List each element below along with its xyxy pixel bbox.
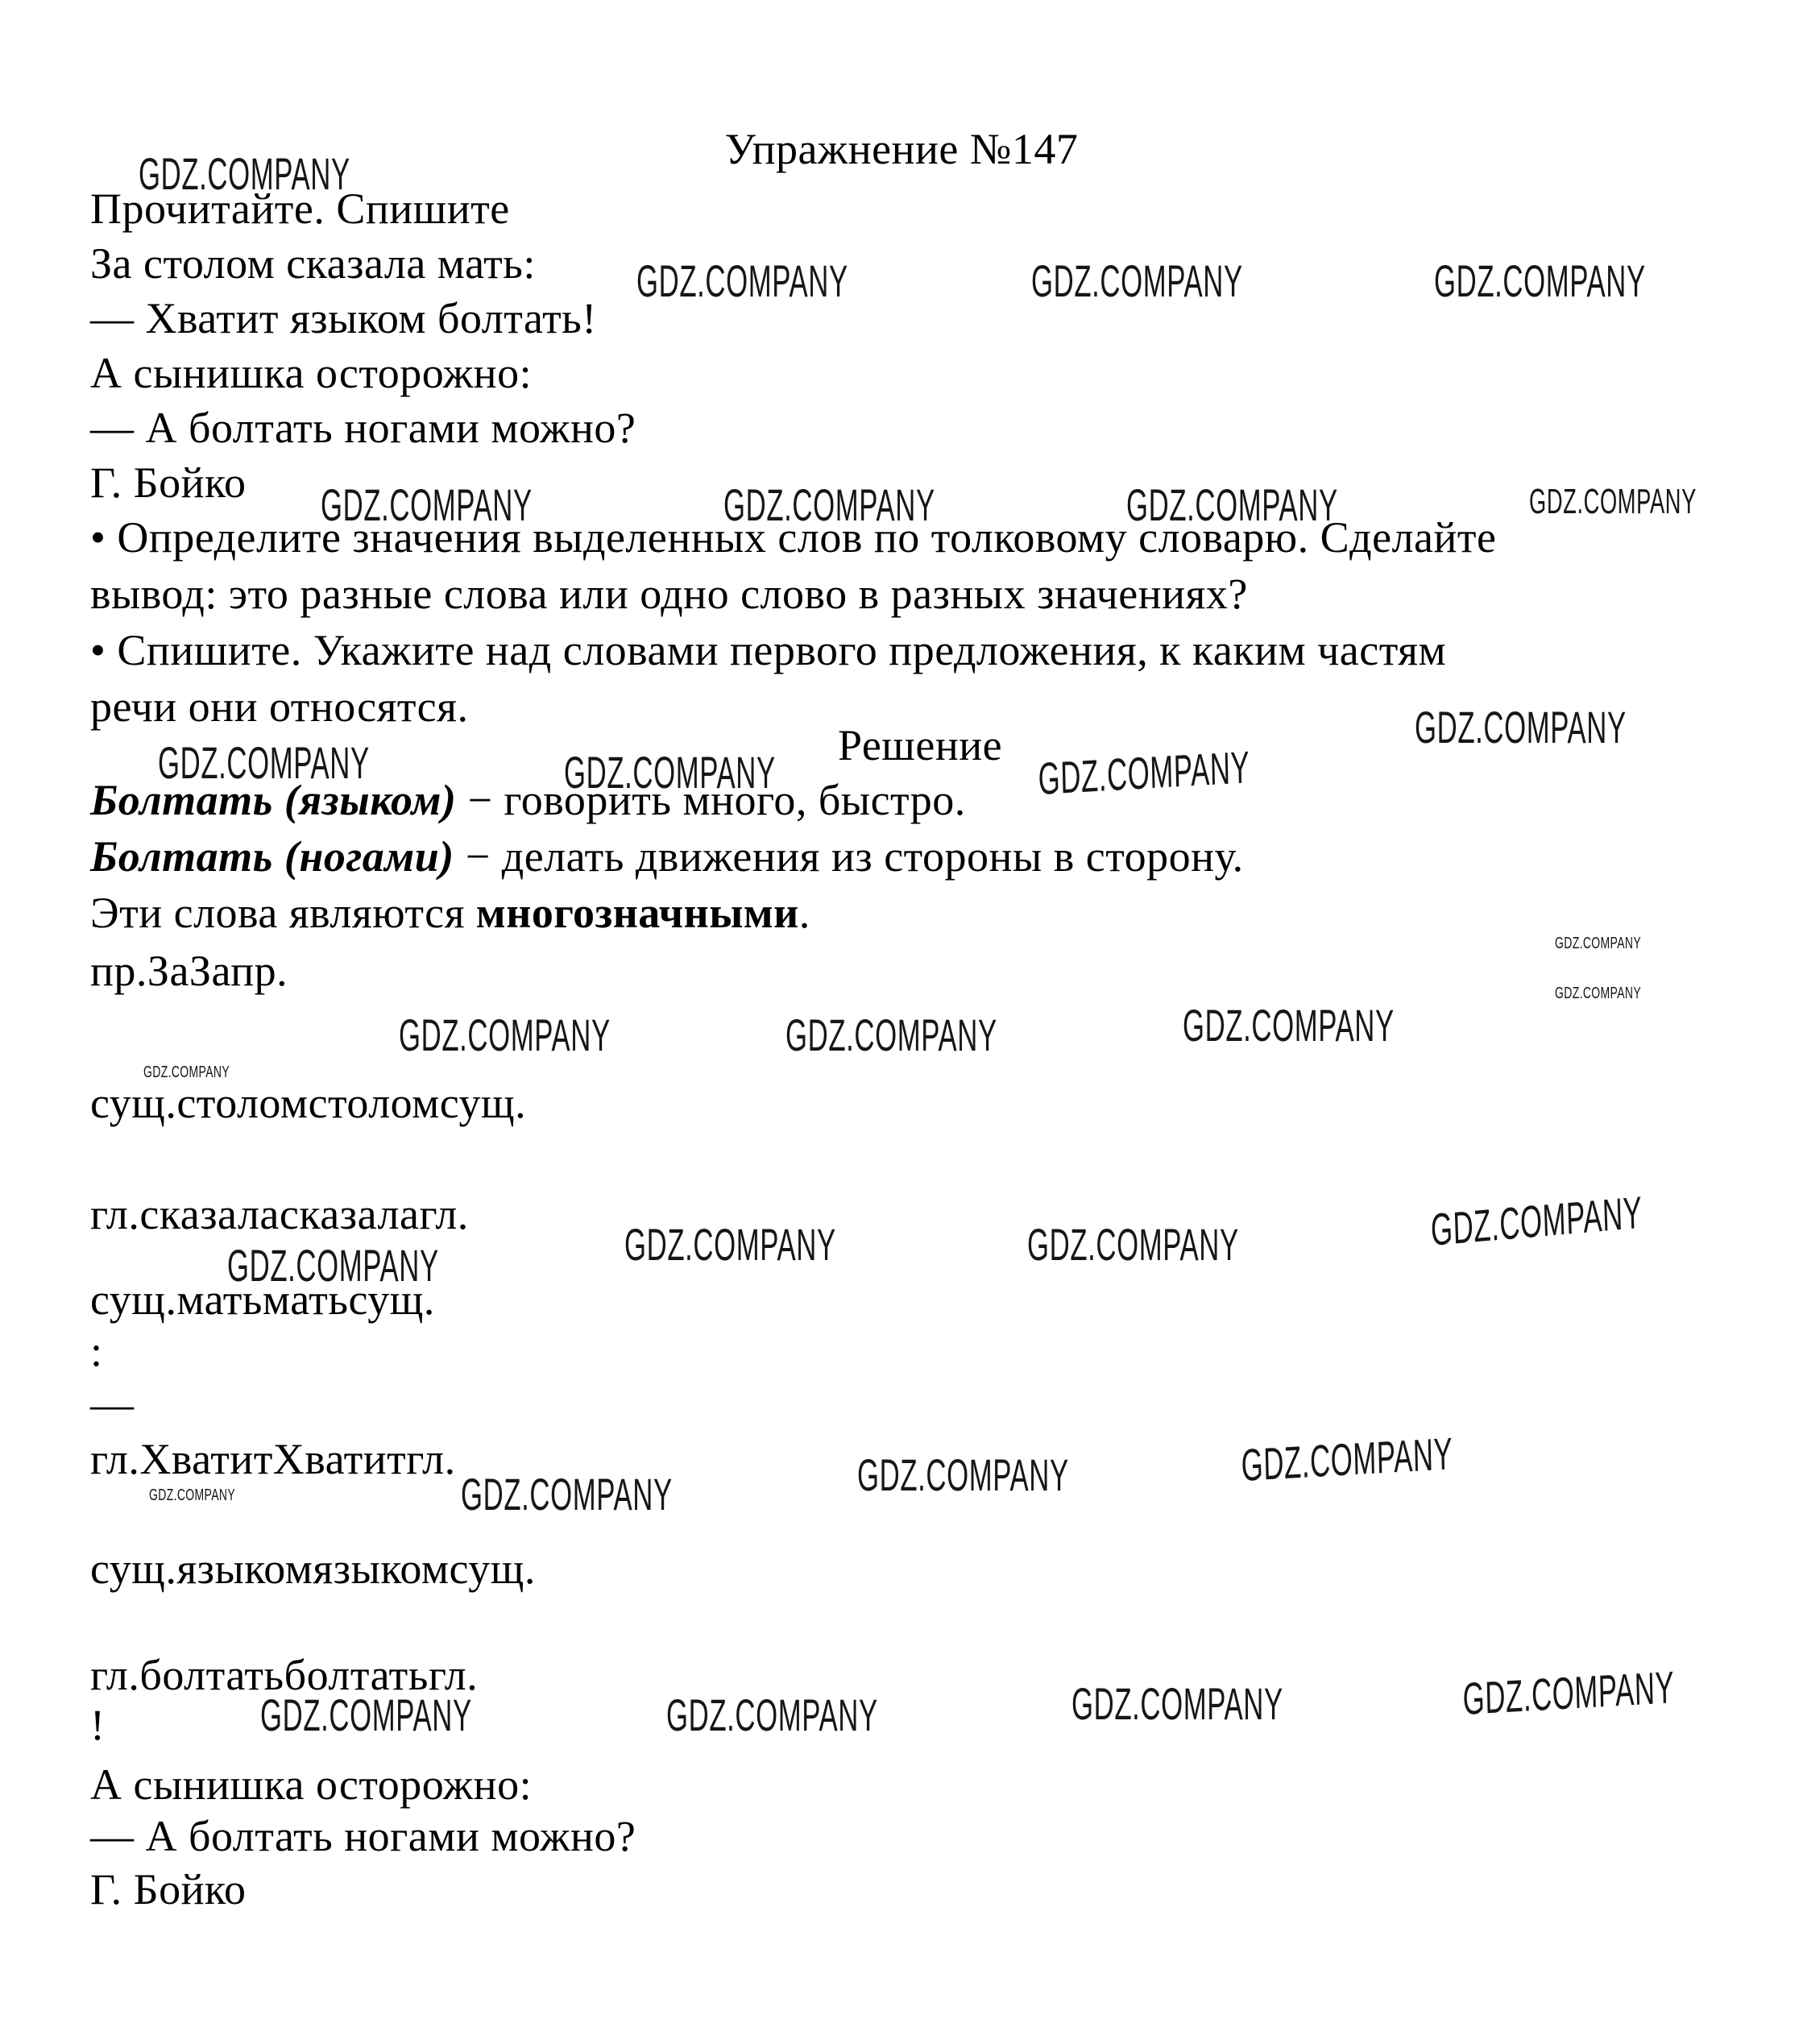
annotation-line: сущ.столомстоломсущ. (90, 1080, 526, 1127)
task-line: речи они относятся. (90, 683, 468, 731)
definition-line: Болтать (ногами) − делать движения из ст… (90, 833, 1244, 881)
gdz-watermark: GDZ.COMPANY (1031, 255, 1243, 307)
annotation-line: гл.ХватитХватитгл. (90, 1436, 456, 1483)
annotation-line: — (90, 1381, 135, 1428)
annotation-line: : (90, 1328, 103, 1375)
worksheet-page: Упражнение №147 GDZ.COMPANY GDZ.COMPANY … (0, 0, 1803, 2044)
gdz-watermark: GDZ.COMPANY (1415, 701, 1627, 753)
task-line: • Спишите. Укажите над словами первого п… (90, 627, 1446, 674)
definition-text: − делать движения из стороны в сторону. (454, 832, 1244, 881)
conclusion-text: Эти слова являются (90, 889, 476, 937)
annotation-line: гл.болтатьболтатьгл. (90, 1652, 478, 1699)
gdz-watermark: GDZ.COMPANY (785, 1009, 997, 1061)
gdz-watermark: GDZ.COMPANY (1071, 1677, 1283, 1730)
annotation-line: ! (90, 1702, 105, 1749)
gdz-watermark: GDZ.COMPANY (666, 1689, 878, 1741)
gdz-watermark: GDZ.COMPANY (1434, 255, 1646, 307)
gdz-watermark: GDZ.COMPANY (149, 1486, 235, 1505)
annotation-line: сущ.матьматьсущ. (90, 1276, 435, 1324)
definition-text: − говорить много, быстро. (456, 776, 965, 824)
gdz-watermark: GDZ.COMPANY (399, 1009, 611, 1061)
gdz-watermark: GDZ.COMPANY (1555, 935, 1641, 953)
gdz-watermark: GDZ.COMPANY (1529, 482, 1697, 522)
gdz-watermark: GDZ.COMPANY (857, 1449, 1069, 1501)
closing-line: — А болтать ногами можно? (90, 1813, 636, 1860)
gdz-watermark: GDZ.COMPANY (1430, 1186, 1643, 1256)
gdz-watermark: GDZ.COMPANY (1183, 999, 1395, 1051)
gdz-watermark: GDZ.COMPANY (636, 255, 848, 307)
annotation-line: пр.ЗаЗапр. (90, 947, 288, 995)
gdz-watermark: GDZ.COMPANY (1241, 1427, 1453, 1491)
definition-term: Болтать (языком) (90, 776, 456, 824)
definition-line: Болтать (языком) − говорить много, быстр… (90, 777, 966, 824)
annotation-line: гл.сказаласказалагл. (90, 1191, 469, 1238)
poem-line: — А болтать ногами можно? (90, 404, 636, 452)
closing-line: А сынишка осторожно: (90, 1761, 532, 1809)
gdz-watermark: GDZ.COMPANY (1027, 1218, 1239, 1271)
task-line: вывод: это разные слова или одно слово в… (90, 570, 1248, 618)
gdz-watermark: GDZ.COMPANY (624, 1218, 836, 1271)
conclusion-period: . (799, 889, 810, 937)
closing-line: Г. Бойко (90, 1866, 247, 1913)
author-line: Г. Бойко (90, 459, 247, 507)
poem-line: — Хватит языком болтать! (90, 295, 597, 342)
task-line: • Определите значения выделенных слов по… (90, 514, 1496, 562)
gdz-watermark: GDZ.COMPANY (461, 1468, 673, 1520)
poem-line: А сынишка осторожно: (90, 350, 532, 397)
annotation-line: сущ.языкомязыкомсущ. (90, 1545, 536, 1593)
instruction-line: Прочитайте. Спишите (90, 185, 510, 233)
gdz-watermark: GDZ.COMPANY (1555, 985, 1641, 1003)
conclusion-term: многозначными (476, 889, 799, 937)
conclusion-line: Эти слова являются многозначными. (90, 889, 810, 937)
definition-term: Болтать (ногами) (90, 832, 454, 881)
poem-line: За столом сказала мать: (90, 240, 536, 288)
gdz-watermark: GDZ.COMPANY (1462, 1660, 1675, 1725)
solution-heading: Решение (838, 722, 1002, 769)
gdz-watermark: GDZ.COMPANY (1038, 740, 1250, 805)
